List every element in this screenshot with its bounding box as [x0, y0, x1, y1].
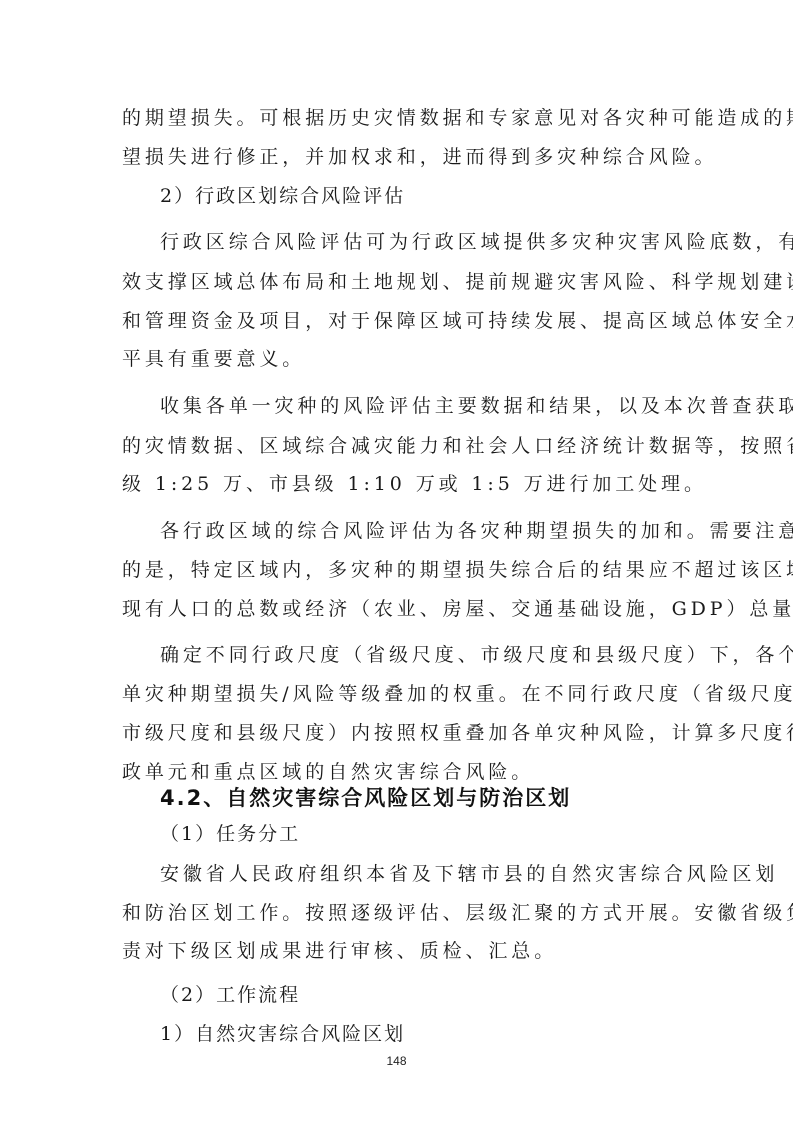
section-heading: 4.2、自然灾害综合风险区划与防治区划: [160, 785, 571, 811]
body-text-line: 收集各单一灾种的风险评估主要数据和结果，以及本次普查获取: [160, 394, 793, 418]
body-text-line: 责对下级区划成果进行审核、质检、汇总。: [122, 939, 557, 963]
subheading-workflow: （2）工作流程: [160, 983, 300, 1007]
body-text-line: 确定不同行政尺度（省级尺度、市级尺度和县级尺度）下，各个: [160, 643, 793, 667]
body-text-line: 单灾种期望损失/风险等级叠加的权重。在不同行政尺度（省级尺度、: [122, 682, 793, 706]
body-text-line: 的期望损失。可根据历史灾情数据和专家意见对各灾种可能造成的期: [122, 106, 793, 130]
body-text-line: 望损失进行修正，并加权求和，进而得到多灾种综合风险。: [122, 145, 717, 169]
body-text-line: 效支撑区域总体布局和土地规划、提前规避灾害风险、科学规划建设: [122, 270, 793, 294]
subheading-admin-risk: 2）行政区划综合风险评估: [160, 184, 405, 208]
body-text-line: 和管理资金及项目，对于保障区域可持续发展、提高区域总体安全水: [122, 309, 793, 333]
subheading-task-division: （1）任务分工: [160, 822, 300, 846]
body-text-line: 级 1:25 万、市县级 1:10 万或 1:5 万进行加工处理。: [122, 472, 707, 496]
body-text-line: 安徽省人民政府组织本省及下辖市县的自然灾害综合风险区划: [160, 862, 778, 886]
subheading-risk-zoning: 1）自然灾害综合风险区划: [160, 1022, 405, 1046]
body-text-line: 现有人口的总数或经济（农业、房屋、交通基础设施，GDP）总量。: [122, 597, 793, 621]
body-text-line: 政单元和重点区域的自然灾害综合风险。: [122, 760, 534, 784]
page-number: 148: [0, 1054, 793, 1068]
body-text-line: 和防治区划工作。按照逐级评估、层级汇聚的方式开展。安徽省级负: [122, 901, 793, 925]
body-text-line: 平具有重要意义。: [122, 347, 305, 371]
body-text-line: 各行政区域的综合风险评估为各灾种期望损失的加和。需要注意: [160, 519, 793, 543]
body-text-line: 行政区综合风险评估可为行政区域提供多灾种灾害风险底数，有: [160, 230, 793, 254]
body-text-line: 市级尺度和县级尺度）内按照权重叠加各单灾种风险，计算多尺度行: [122, 721, 793, 745]
body-text-line: 的是，特定区域内，多灾种的期望损失综合后的结果应不超过该区域: [122, 558, 793, 582]
body-text-line: 的灾情数据、区域综合减灾能力和社会人口经济统计数据等，按照省: [122, 434, 793, 458]
